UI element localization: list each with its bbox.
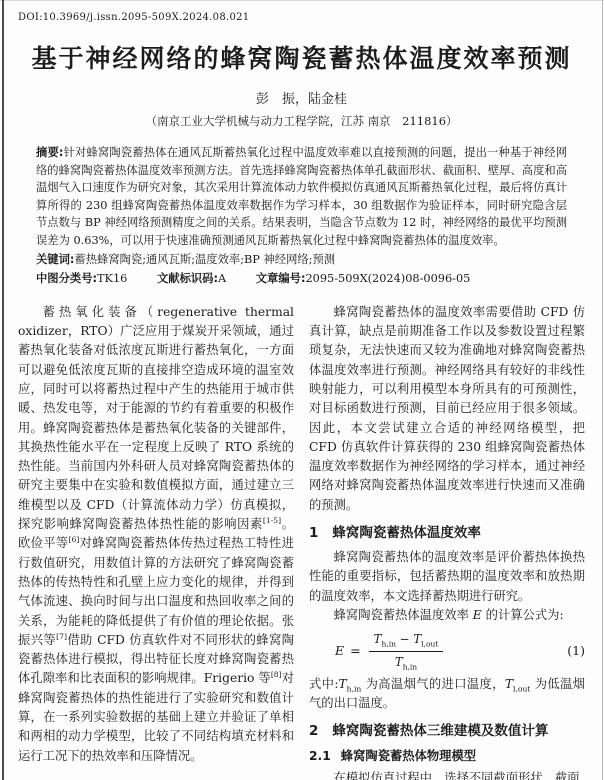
equation-lhs: E [335, 641, 344, 660]
authors: 彭 振，陆金桂 [18, 88, 585, 107]
left-column: 蓄热氧化装备（regenerative thermal oxidizer，RTO… [18, 303, 294, 780]
keywords-label: 关键词: [36, 253, 74, 266]
paper-title: 基于神经网络的蜂窝陶瓷蓄热体温度效率预测 [18, 39, 585, 75]
section-2-1-paragraph: 在模拟仿真过程中，选择不同截面形状、截面 [309, 769, 585, 780]
clc-value: TK16 [97, 272, 127, 285]
doi-line: DOI:10.3969/j.issn.2095-509X.2024.08.021 [18, 12, 585, 23]
section-2-title: 蜂窝陶瓷蓄热体三维建模及数值计算 [332, 723, 548, 739]
abstract-text: 针对蜂窝陶瓷蓄热体在通风瓦斯蓄热氧化过程中温度效率难以直接预测的问题，提出一种基… [36, 146, 567, 247]
section-1-paragraph-1: 蜂窝陶瓷蓄热体的温度效率是评价蓄热体换热性能的重要指标，包括蓄热期的温度效率和放… [309, 548, 585, 606]
section-1-title: 蜂窝陶瓷蓄热体温度效率 [332, 525, 481, 541]
equation-1: E = Th,in − Tl,out Th,in (1) [309, 630, 585, 672]
section-2-1-title: 蜂窝陶瓷蓄热体物理模型 [341, 748, 476, 763]
motivation-paragraph: 蜂窝陶瓷蓄热体的温度效率需要借助 CFD 仿真计算，缺点是前期准备工作以及参数设… [309, 303, 585, 515]
right-column: 蜂窝陶瓷蓄热体的温度效率需要借助 CFD 仿真计算，缺点是前期准备工作以及参数设… [309, 303, 585, 780]
numerator-sub-2: l,out [421, 640, 438, 649]
section-1-number: 1 [309, 525, 318, 541]
doc-code-group: 文献标识码:A [157, 272, 226, 285]
equation-equals: = [350, 641, 360, 660]
section-2-1-heading: 2.1蜂窝陶瓷蓄热体物理模型 [309, 746, 585, 766]
scan-edge-left [2, 0, 4, 780]
equation-number: (1) [567, 641, 585, 660]
section-2-heading: 2蜂窝陶瓷蓄热体三维建模及数值计算 [309, 722, 585, 740]
section-2-number: 2 [309, 723, 318, 739]
fraction-denominator: Th,in [369, 652, 444, 672]
intro-paragraph: 蓄热氧化装备（regenerative thermal oxidizer，RTO… [18, 303, 294, 766]
section-2-1-number: 2.1 [309, 749, 331, 763]
paper-page: DOI:10.3969/j.issn.2095-509X.2024.08.021… [18, 0, 585, 780]
article-id-label: 文章编号: [256, 272, 306, 285]
keywords-text: 蓄热蜂窝陶瓷;通风瓦斯;温度效率;BP 神经网络;预测 [74, 253, 335, 266]
article-id-value: 2095-509X(2024)08-0096-05 [305, 272, 470, 285]
clc-group: 中图分类号:TK16 [36, 272, 127, 285]
affiliation: （南京工业大学机械与动力工程学院，江苏 南京 211816） [18, 113, 585, 129]
keywords-line: 关键词:蓄热蜂窝陶瓷;通风瓦斯;温度效率;BP 神经网络;预测 [36, 251, 567, 269]
section-1-heading: 1蜂窝陶瓷蓄热体温度效率 [309, 524, 585, 542]
numerator-operator: − [400, 632, 410, 646]
abstract-paragraph: 摘要:针对蜂窝陶瓷蓄热体在通风瓦斯蓄热氧化过程中温度效率难以直接预测的问题，提出… [36, 144, 567, 250]
article-id-group: 文章编号:2095-509X(2024)08-0096-05 [256, 272, 471, 285]
doc-code-value: A [218, 272, 226, 285]
equation-fraction: Th,in − Tl,out Th,in [369, 630, 444, 672]
fraction-numerator: Th,in − Tl,out [369, 630, 444, 651]
abstract-block: 摘要:针对蜂窝陶瓷蓄热体在通风瓦斯蓄热氧化过程中温度效率难以直接预测的问题，提出… [36, 144, 567, 288]
scan-edge-right [602, 0, 603, 780]
section-1-paragraph-2: 蜂窝陶瓷蓄热体温度效率 E 的计算公式为: [309, 606, 585, 625]
clc-label: 中图分类号: [36, 272, 97, 285]
body-columns: 蓄热氧化装备（regenerative thermal oxidizer，RTO… [18, 303, 585, 780]
denominator-sub: h,in [403, 662, 417, 671]
numerator-sub-1: h,in [381, 640, 395, 649]
doc-code-label: 文献标识码: [157, 272, 218, 285]
abstract-label: 摘要: [36, 146, 63, 159]
meta-line: 中图分类号:TK16 文献标识码:A 文章编号:2095-509X(2024)0… [36, 270, 567, 288]
equation-note: 式中:Th,in 为高温烟气的进口温度，Tl,out 为低温烟气的出口温度。 [309, 675, 585, 714]
denominator-var: T [395, 655, 403, 669]
